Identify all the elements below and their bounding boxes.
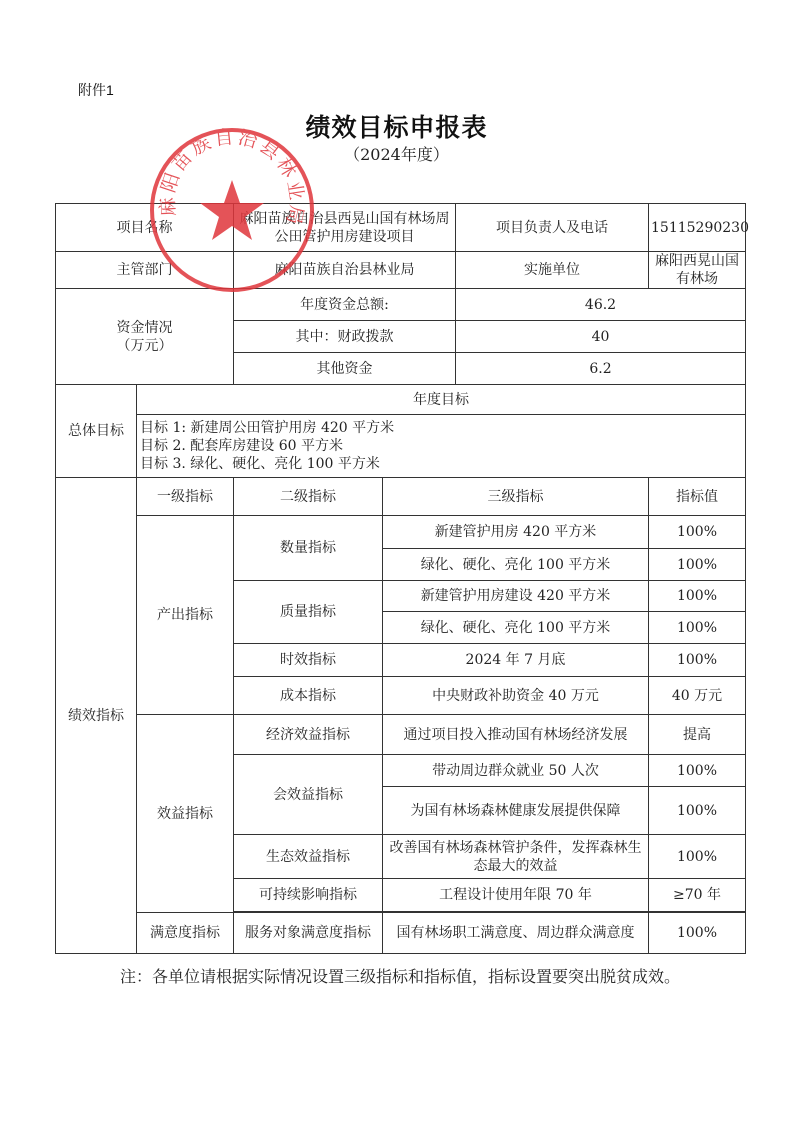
- value-cell: 100%: [649, 787, 746, 835]
- funds-fiscal-value: 40: [456, 321, 746, 353]
- level2-service: 服务对象满意度指标: [234, 913, 383, 954]
- impl-label: 实施单位: [456, 252, 649, 289]
- col-level2: 二级指标: [234, 478, 383, 516]
- level3-cell: 新建管护用房 420 平方米: [383, 516, 649, 549]
- goal-3: 目标 3. 绿化、硬化、亮化 100 平方米: [140, 455, 743, 473]
- funds-label-line1: 资金情况: [58, 319, 231, 337]
- value-cell: 100%: [649, 835, 746, 879]
- level1-benefit: 效益指标: [137, 715, 234, 913]
- funds-other-label: 其他资金: [234, 353, 456, 385]
- level1-output: 产出指标: [137, 516, 234, 715]
- project-name-label: 项目名称: [56, 204, 234, 252]
- col-level1: 一级指标: [137, 478, 234, 516]
- level3-cell: 绿化、硬化、亮化 100 平方米: [383, 612, 649, 644]
- funds-label: 资金情况 （万元）: [56, 289, 234, 385]
- row-project-name: 项目名称 麻阳苗族自治县西晃山国有林场周公田管护用房建设项目 项目负责人及电话 …: [56, 204, 746, 252]
- dept-label: 主管部门: [56, 252, 234, 289]
- table-row: 效益指标 经济效益指标 通过项目投入推动国有林场经济发展 提高: [56, 715, 746, 755]
- value-cell: 100%: [649, 549, 746, 581]
- col-level3: 三级指标: [383, 478, 649, 516]
- value-cell: ≥70 年: [649, 879, 746, 912]
- value-cell: 100%: [649, 644, 746, 677]
- table-row: 满意度指标 服务对象满意度指标 国有林场职工满意度、周边群众满意度 100%: [56, 913, 746, 954]
- value-cell: 提高: [649, 715, 746, 755]
- level3-cell: 带动周边群众就业 50 人次: [383, 755, 649, 787]
- col-value: 指标值: [649, 478, 746, 516]
- level3-cell: 工程设计使用年限 70 年: [383, 879, 649, 912]
- funds-other-value: 6.2: [456, 353, 746, 385]
- level2-ecological: 生态效益指标: [234, 835, 383, 879]
- level2-quantity: 数量指标: [234, 516, 383, 581]
- funds-fiscal-label: 其中：财政拨款: [234, 321, 456, 353]
- value-cell: 100%: [649, 581, 746, 612]
- funds-label-line2: （万元）: [58, 337, 231, 355]
- level2-timeliness: 时效指标: [234, 644, 383, 677]
- goal-2: 目标 2. 配套库房建设 60 平方米: [140, 437, 743, 455]
- value-cell: 100%: [649, 516, 746, 549]
- leader-value: 15115290230: [649, 204, 746, 252]
- attachment-label: 附件1: [78, 80, 114, 100]
- level3-cell: 绿化、硬化、亮化 100 平方米: [383, 549, 649, 581]
- level3-cell: 通过项目投入推动国有林场经济发展: [383, 715, 649, 755]
- goal-1: 目标 1: 新建周公田管护用房 420 平方米: [140, 419, 743, 437]
- row-funds-total: 资金情况 （万元） 年度资金总额: 46.2: [56, 289, 746, 321]
- row-performance-header: 绩效指标 一级指标 二级指标 三级指标 指标值: [56, 478, 746, 516]
- row-department: 主管部门 麻阳苗族自治县林业局 实施单位 麻阳西晃山国有林场: [56, 252, 746, 289]
- funds-total-label: 年度资金总额:: [234, 289, 456, 321]
- overall-label: 总体目标: [56, 385, 137, 478]
- overall-goals: 目标 1: 新建周公田管护用房 420 平方米 目标 2. 配套库房建设 60 …: [137, 415, 746, 478]
- project-name-value: 麻阳苗族自治县西晃山国有林场周公田管护用房建设项目: [234, 204, 456, 252]
- table-row: 产出指标 数量指标 新建管护用房 420 平方米 100%: [56, 516, 746, 549]
- level3-cell: 中央财政补助资金 40 万元: [383, 677, 649, 715]
- leader-label: 项目负责人及电话: [456, 204, 649, 252]
- level3-cell: 2024 年 7 月底: [383, 644, 649, 677]
- level2-sustainable: 可持续影响指标: [234, 879, 383, 912]
- performance-label: 绩效指标: [56, 478, 137, 954]
- level3-cell: 改善国有林场森林管护条件，发挥森林生态最大的效益: [383, 835, 649, 879]
- level2-economic: 经济效益指标: [234, 715, 383, 755]
- row-overall-goals: 目标 1: 新建周公田管护用房 420 平方米 目标 2. 配套库房建设 60 …: [56, 415, 746, 478]
- value-cell: 40 万元: [649, 677, 746, 715]
- page-title: 绩效目标申报表: [0, 108, 793, 144]
- level2-social: 会效益指标: [234, 755, 383, 835]
- level2-cost: 成本指标: [234, 677, 383, 715]
- overall-header: 年度目标: [137, 385, 746, 415]
- value-cell: 100%: [649, 755, 746, 787]
- row-overall-header: 总体目标 年度目标: [56, 385, 746, 415]
- dept-value: 麻阳苗族自治县林业局: [234, 252, 456, 289]
- performance-target-table: 项目名称 麻阳苗族自治县西晃山国有林场周公田管护用房建设项目 项目负责人及电话 …: [55, 203, 746, 954]
- page-subtitle: （2024年度）: [0, 142, 793, 165]
- level1-satisfaction: 满意度指标: [137, 913, 234, 954]
- level2-quality: 质量指标: [234, 581, 383, 644]
- level3-cell: 新建管护用房建设 420 平方米: [383, 581, 649, 612]
- value-cell: 100%: [649, 612, 746, 644]
- funds-total-value: 46.2: [456, 289, 746, 321]
- level3-cell: 为国有林场森林健康发展提供保障: [383, 787, 649, 835]
- impl-value: 麻阳西晃山国有林场: [649, 252, 746, 289]
- level3-cell: 国有林场职工满意度、周边群众满意度: [383, 913, 649, 954]
- footnote: 注：各单位请根据实际情况设置三级指标和指标值，指标设置要突出脱贫成效。: [120, 960, 680, 994]
- value-cell: 100%: [649, 913, 746, 954]
